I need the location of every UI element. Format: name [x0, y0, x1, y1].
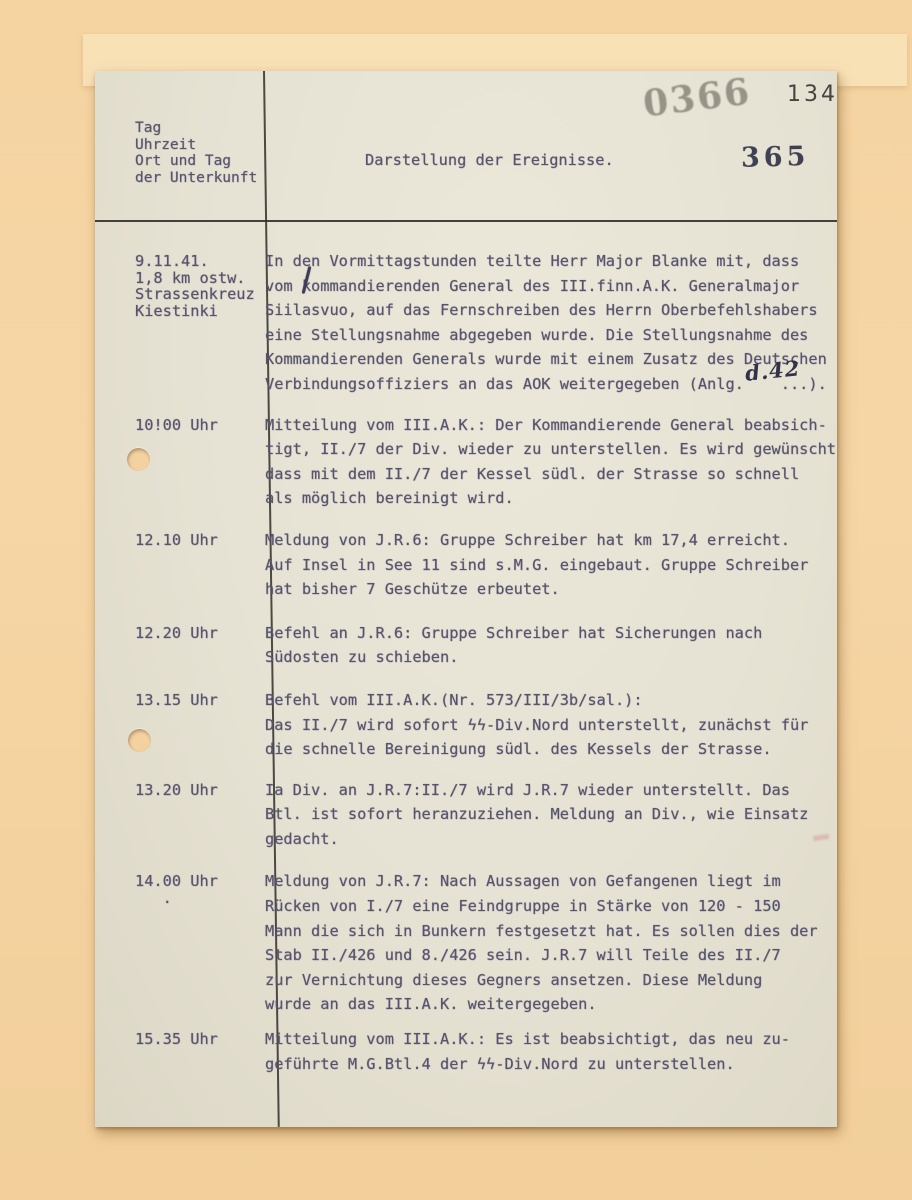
log-entry: 13.20 Uhr Ia Div. an J.R.7:II./7 wird J.…	[95, 778, 837, 852]
entry-time: 12.10 Uhr	[95, 528, 265, 549]
hole-punch	[128, 729, 151, 752]
log-entry: 12.20 Uhr Befehl an J.R.6: Gruppe Schrei…	[95, 621, 837, 670]
entry-text: Mitteilung vom III.A.K.: Es ist beabsich…	[265, 1027, 837, 1076]
entry-time: 13.15 Uhr	[95, 688, 265, 709]
entry-time: 14.00 Uhr .	[95, 869, 265, 906]
entry-text: Befehl an J.R.6: Gruppe Schreiber hat Si…	[265, 621, 837, 670]
column-header-left: Tag Uhrzeit Ort und Tag der Unterkunft	[135, 120, 257, 186]
log-entry: 9.11.41. 1,8 km ostw. Strassenkreuz Kies…	[95, 249, 837, 397]
entry-text: Mitteilung vom III.A.K.: Der Kommandiere…	[265, 413, 837, 511]
log-entries: 9.11.41. 1,8 km ostw. Strassenkreuz Kies…	[95, 249, 837, 1076]
log-entry: 13.15 Uhr Befehl vom III.A.K.(Nr. 573/II…	[95, 688, 837, 762]
entry-time: 15.35 Uhr	[95, 1027, 265, 1048]
log-entry: 12.10 Uhr Meldung von J.R.6: Gruppe Schr…	[95, 528, 837, 602]
entry-time: 9.11.41. 1,8 km ostw. Strassenkreuz Kies…	[95, 249, 265, 319]
entry-text: Ia Div. an J.R.7:II./7 wird J.R.7 wieder…	[265, 778, 837, 852]
entry-text: Meldung von J.R.6: Gruppe Schreiber hat …	[265, 528, 837, 602]
entry-text: Befehl vom III.A.K.(Nr. 573/III/3b/sal.)…	[265, 688, 837, 762]
entry-time: 10!00 Uhr	[95, 413, 265, 434]
stamped-page-number: 365	[741, 141, 810, 173]
hole-punch	[127, 448, 150, 471]
faded-stamp-number: 0366	[641, 71, 754, 125]
entry-time: 13.20 Uhr	[95, 778, 265, 799]
archive-page-number: 134	[787, 82, 837, 107]
entry-text: Meldung von J.R.7: Nach Aussagen von Gef…	[265, 869, 837, 1017]
log-entry: 15.35 Uhr Mitteilung vom III.A.K.: Es is…	[95, 1027, 837, 1076]
log-entry: 14.00 Uhr . Meldung von J.R.7: Nach Auss…	[95, 869, 837, 1017]
column-header-title: Darstellung der Ereignisse.	[365, 151, 614, 169]
log-entry: 10!00 Uhr Mitteilung vom III.A.K.: Der K…	[95, 413, 837, 511]
document-page: Tag Uhrzeit Ort und Tag der Unterkunft D…	[95, 71, 837, 1127]
entry-time: 12.20 Uhr	[95, 621, 265, 642]
header-divider-line	[95, 220, 837, 222]
